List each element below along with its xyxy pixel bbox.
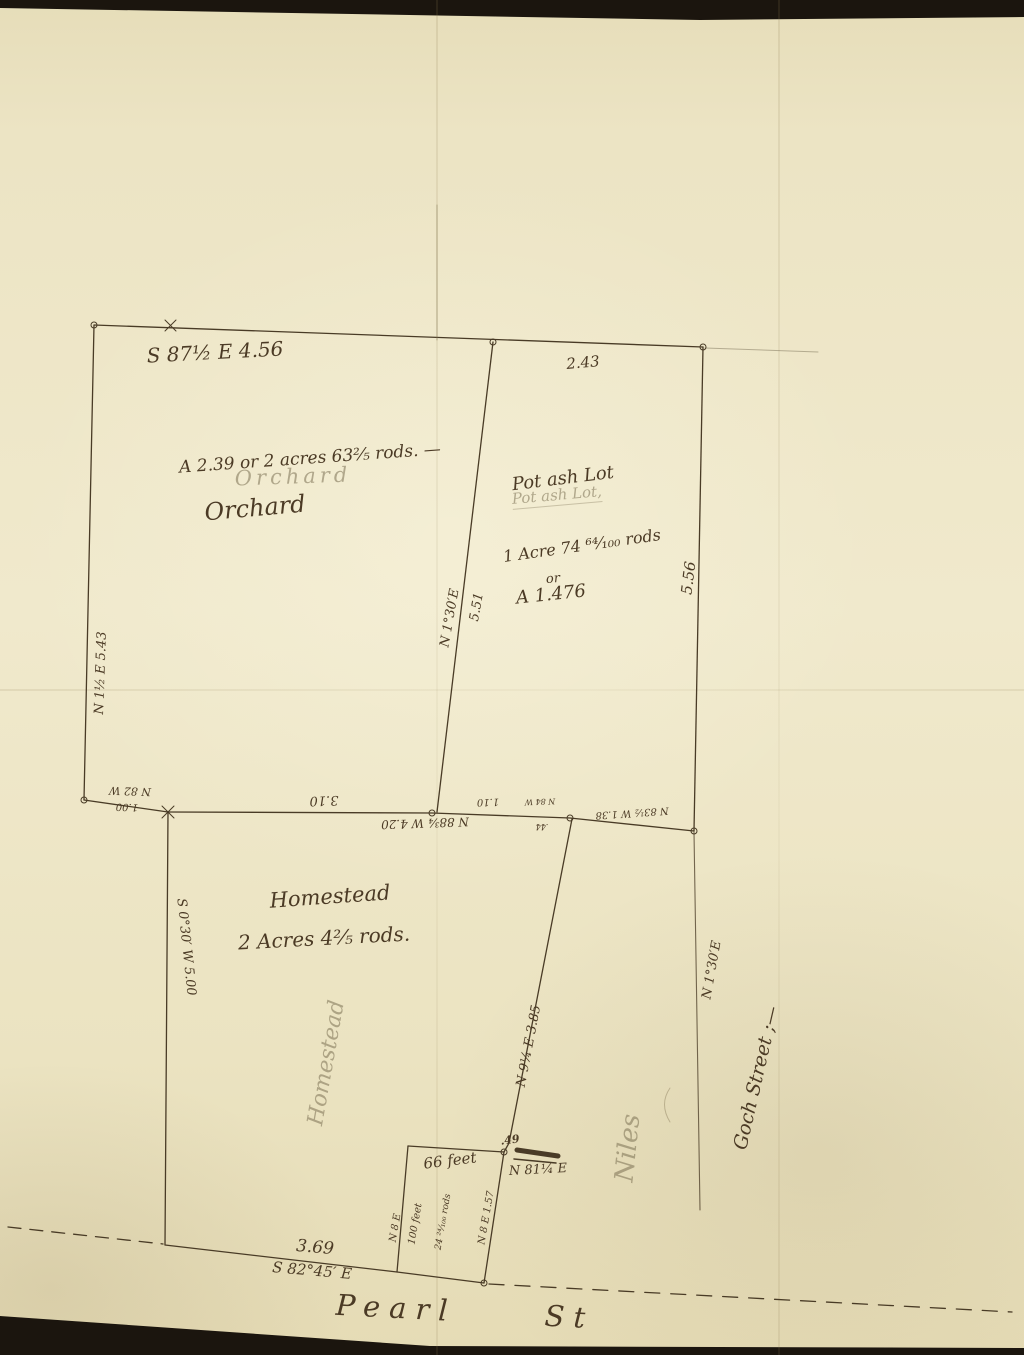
pearl-street-dashed-left	[8, 1227, 163, 1244]
south-seg1-bearing-label: N 82 W	[109, 785, 151, 797]
small-lot-corner-length-label: .49	[500, 1133, 520, 1147]
potash-north-length-label: 2.43	[566, 354, 601, 372]
goch-street-line	[694, 832, 700, 1210]
scratch-out-mark	[517, 1150, 558, 1156]
orchard-north-bearing-label: S 87½ E 4.56	[146, 338, 284, 365]
south-seg2-length-label: 3.10	[309, 793, 338, 807]
south-seg4-offset-label: .44	[536, 822, 549, 830]
small-lot-corner-bearing-label: N 81¼ E	[509, 1162, 568, 1178]
homestead-east-diagonal-line	[504, 819, 572, 1152]
small-lot-west-line	[397, 1146, 408, 1272]
pencil-paren-mark	[665, 1088, 671, 1122]
orchard-potash-divider-line	[437, 342, 493, 812]
pearl-street-length-label: 3.69	[295, 1238, 334, 1258]
x-mark-top	[165, 320, 176, 331]
south-seg1-length-label: 1.00	[116, 801, 139, 812]
extension-line	[705, 348, 818, 352]
scanned-survey-plat: S 87½ E 4.56 A 2.39 or 2 acres 63⅖ rods.…	[0, 0, 1024, 1355]
potash-east-length-label: 5.56	[680, 561, 699, 596]
orchard-west-line	[84, 325, 94, 800]
orchard-name-pencil: Orchard	[234, 464, 351, 489]
south-seg3-bearing-label: N 84 W	[525, 796, 556, 805]
south-seg3-length-label: 1.10	[477, 796, 500, 807]
survey-boundary-lines	[0, 0, 1024, 1355]
owner-name-pencil: Niles	[612, 1113, 645, 1183]
homestead-west-line	[165, 812, 168, 1245]
south-seg2-bearing-label: N 88¾ W 4.20	[381, 815, 469, 830]
orchard-west-bearing-label: N 1½ E 5.43	[93, 631, 109, 714]
